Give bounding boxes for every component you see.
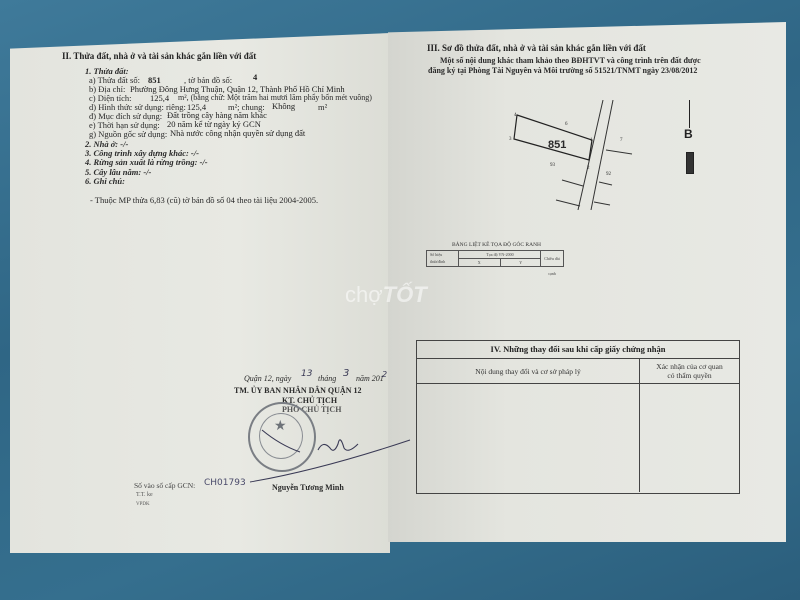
parcel-label: 851 bbox=[548, 139, 566, 151]
coordinate-table-title: BẢNG LIỆT KÊ TỌA ĐỘ GÓC RANH bbox=[452, 242, 541, 248]
changes-table: IV. Những thay đổi sau khi cấp giấy chứn… bbox=[416, 340, 740, 494]
coord-col-y: Y bbox=[501, 259, 542, 266]
north-letter: B bbox=[684, 127, 693, 141]
coord-col-point-top: Số hiệu bbox=[427, 251, 458, 258]
registry-label: Số vào sổ cấp GCN: bbox=[134, 481, 195, 490]
coord-col-header: Tọa độ VN-2000 bbox=[459, 251, 541, 259]
changes-col-content: Nội dung thay đổi và cơ sở pháp lý bbox=[417, 359, 640, 383]
neighbor-right-top: 7 bbox=[620, 138, 623, 143]
north-arrow: B bbox=[682, 100, 698, 210]
vertex-2: 2 bbox=[587, 166, 590, 171]
parcel-map bbox=[490, 100, 690, 210]
registry-value: CH01793 bbox=[204, 478, 246, 488]
coord-col-edge: Chiều dài cạnh bbox=[540, 251, 563, 266]
small-line-2: VPDK bbox=[136, 502, 150, 507]
vertex-1: 1 bbox=[590, 138, 593, 143]
scale-bar-icon bbox=[686, 152, 694, 174]
neighbor-top: 6 bbox=[565, 122, 568, 127]
signer-name: Nguyễn Tương Minh bbox=[272, 483, 344, 492]
section-iii-title: III. Sơ đồ thửa đất, nhà ở và tài sản kh… bbox=[427, 43, 646, 53]
changes-table-body bbox=[417, 384, 739, 492]
neighbor-bottom: 93 bbox=[550, 163, 555, 168]
coord-col-x: X bbox=[459, 259, 501, 266]
vertex-4: 4 bbox=[514, 113, 517, 118]
coordinate-table: Số hiệu thửa/đỉnh Tọa độ VN-2000 X Y Chi… bbox=[426, 250, 564, 267]
changes-table-title: IV. Những thay đổi sau khi cấp giấy chứn… bbox=[417, 341, 739, 359]
reference-line-2: đăng ký tại Phòng Tài Nguyên và Môi trườ… bbox=[428, 66, 697, 75]
neighbor-right-bottom: 92 bbox=[606, 172, 611, 177]
small-line-1: T.T. ke bbox=[136, 492, 153, 498]
changes-col-confirmation: Xác nhận của cơ quancó thẩm quyền bbox=[640, 359, 739, 383]
vertex-3: 3 bbox=[509, 137, 512, 142]
coord-col-point-bottom: thửa/đỉnh bbox=[427, 258, 458, 265]
reference-line-1: Một số nội dung khác tham khảo theo BĐHT… bbox=[440, 56, 701, 65]
chotot-watermark: chợTỐT bbox=[345, 282, 427, 308]
